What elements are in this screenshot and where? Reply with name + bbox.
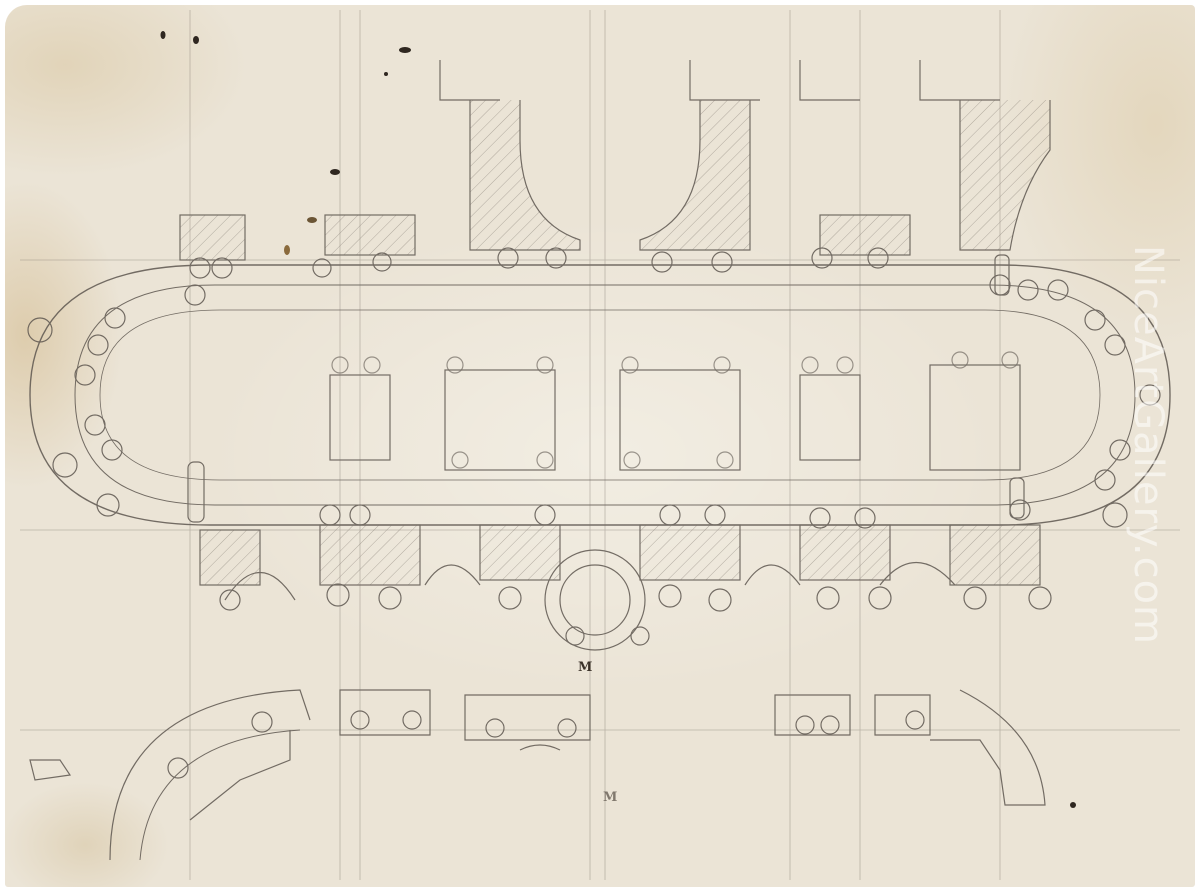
plan-label-m-upper: M	[578, 660, 592, 675]
watermark-text: NiceArtGallery.com	[1125, 245, 1171, 645]
watermark: NiceArtGallery.com	[1118, 250, 1178, 640]
plan-label-m-lower: M	[603, 790, 617, 805]
drawing-paper: M M	[5, 5, 1195, 887]
architectural-plan-drawing	[5, 5, 1195, 887]
